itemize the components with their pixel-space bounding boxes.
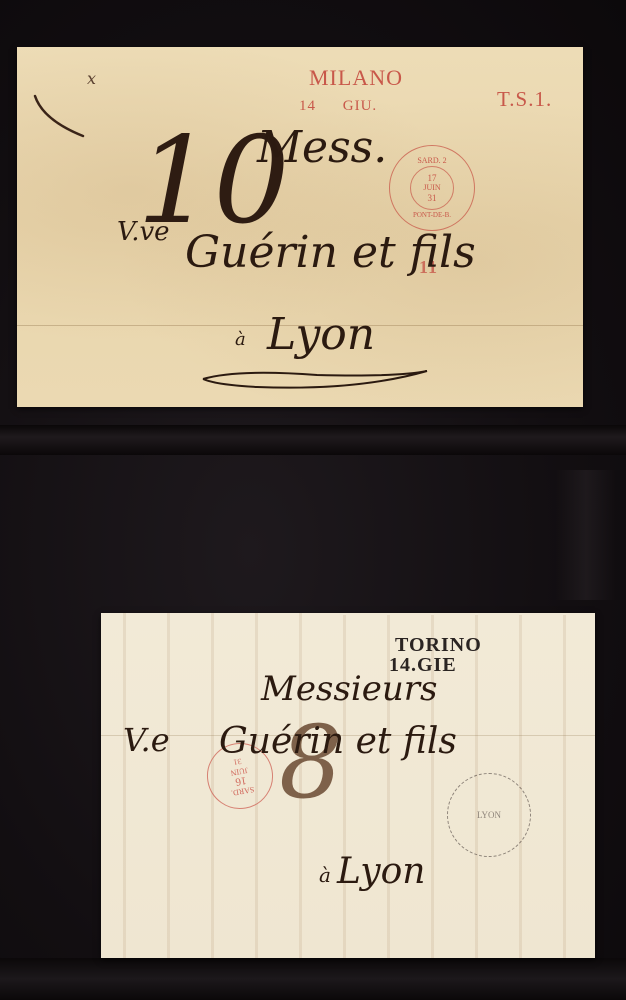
handwritten-salutation: Messieurs	[261, 669, 437, 709]
handwritten-city-prefix: à	[319, 863, 331, 887]
postmark-entry-cds: SARD. 2 17 JUIN 31 PONT-DE-B.	[389, 145, 475, 231]
handwritten-city: Lyon	[267, 309, 375, 360]
album-page: x MILANO 14 GIU. T.S.1. SARD. 2 17 JUIN …	[0, 0, 626, 1000]
stock-strip-bottom	[0, 958, 626, 1000]
page-glare	[556, 470, 616, 600]
corner-mark: x	[87, 69, 96, 88]
postmark-origin-milano: MILANO 14 GIU.	[309, 67, 403, 117]
handwritten-addressee-prefix: V.e	[123, 721, 170, 759]
handwritten-city: Lyon	[337, 851, 425, 892]
postmark-receiving-cds: LYON	[447, 773, 531, 857]
postmark-transit-ts1: T.S.1.	[497, 87, 552, 112]
handwritten-addressee: Guérin et fils	[219, 721, 457, 762]
pen-stroke	[31, 92, 91, 142]
stock-strip-divider	[0, 425, 626, 455]
handwritten-addressee: Guérin et fils	[185, 227, 476, 278]
handwritten-city-prefix: à	[235, 329, 246, 350]
cover-milano: x MILANO 14 GIU. T.S.1. SARD. 2 17 JUIN …	[17, 47, 583, 407]
cover-flap	[339, 613, 595, 615]
handwritten-salutation: Mess.	[257, 122, 387, 173]
cover-torino: TORINO 14.GIE SARD. 16 JUIN 31 LYON 8 Me…	[101, 613, 595, 958]
handwritten-addressee-prefix: V.ve	[117, 217, 170, 247]
city-underline-flourish	[197, 357, 437, 397]
